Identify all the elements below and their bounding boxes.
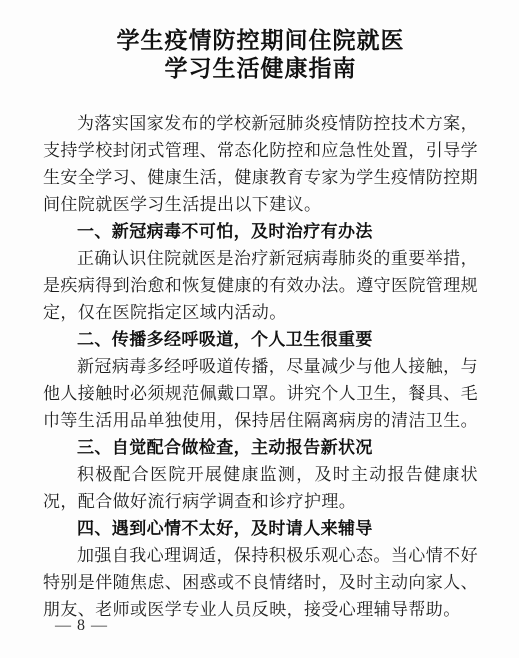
document-title-line1: 学生疫情防控期间住院就医: [43, 27, 478, 55]
section-4-body: 加强自我心理调适，保持积极乐观心态。当心情不好特别是伴随焦虑、困惑或不良情绪时，…: [43, 542, 478, 623]
document-page: 学生疫情防控期间住院就医 学习生活健康指南 为落实国家发布的学校新冠肺炎疫情防控…: [0, 0, 519, 658]
section-2-body: 新冠病毒多经呼吸道传播，尽量减少与他人接触，与他人接触时必须规范佩戴口罩。讲究个…: [43, 353, 478, 434]
section-1-heading: 一、新冠病毒不可怕，及时治疗有办法: [43, 218, 478, 245]
section-3-body: 积极配合医院开展健康监测，及时主动报告健康状况，配合做好流行病学调查和诊疗护理。: [43, 461, 478, 515]
section-1-body: 正确认识住院就医是治疗新冠病毒肺炎的重要举措，是疾病得到治愈和恢复健康的有效办法…: [43, 245, 478, 326]
document-title: 学生疫情防控期间住院就医 学习生活健康指南: [43, 27, 478, 83]
page-number: — 8 —: [55, 617, 108, 635]
section-3-heading: 三、自觉配合做检查，主动报告新状况: [43, 434, 478, 461]
page-content: 学生疫情防控期间住院就医 学习生活健康指南 为落实国家发布的学校新冠肺炎疫情防控…: [0, 0, 519, 623]
intro-paragraph: 为落实国家发布的学校新冠肺炎疫情防控技术方案，支持学校封闭式管理、常态化防控和应…: [43, 110, 478, 218]
section-2-heading: 二、传播多经呼吸道，个人卫生很重要: [43, 326, 478, 353]
document-title-line2: 学习生活健康指南: [43, 55, 478, 83]
section-4-heading: 四、遇到心情不太好，及时请人来辅导: [43, 515, 478, 542]
